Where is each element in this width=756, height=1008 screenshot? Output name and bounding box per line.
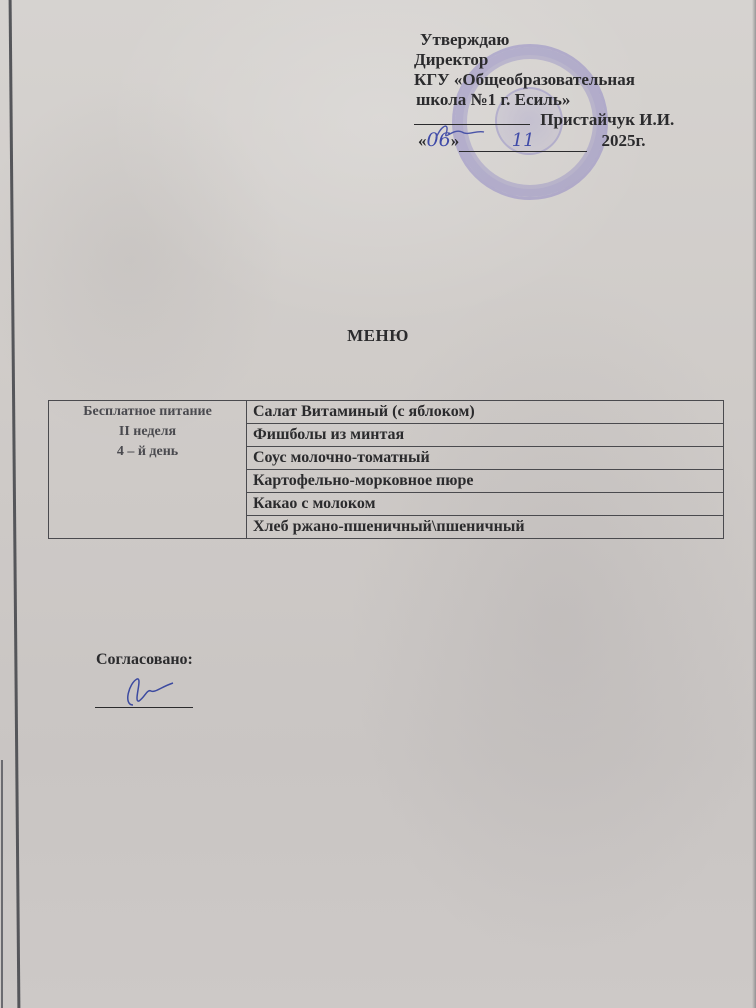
approval-position: Директор	[414, 50, 674, 70]
menu-day-info: Бесплатное питание II неделя 4 – й день	[49, 401, 247, 539]
approval-signature-line: Пристайчук И.И.	[414, 110, 674, 130]
approval-heading: Утверждаю	[414, 30, 674, 50]
folder-edge-line-secondary	[1, 760, 3, 1008]
menu-table: Бесплатное питание II неделя 4 – й день …	[48, 400, 724, 539]
dish-item: Какао с молоком	[247, 493, 724, 516]
date-year: 2025г.	[601, 131, 645, 150]
dish-item: Фишболы из минтая	[247, 424, 724, 447]
agreed-label: Согласовано:	[96, 651, 193, 669]
agreed-signature-line	[95, 683, 193, 708]
director-name: Пристайчук И.И.	[540, 110, 674, 129]
date-month: 11	[512, 130, 535, 151]
dish-item: Соус молочно-томатный	[247, 447, 724, 470]
director-signature	[414, 124, 530, 125]
folder-edge-line	[9, 0, 21, 1008]
dish-item: Хлеб ржано-пшеничный\пшеничный	[247, 516, 724, 539]
table-row: Бесплатное питание II неделя 4 – й день …	[49, 401, 724, 424]
day-label: 4 – й день	[55, 442, 240, 462]
dish-item: Салат Витаминый (с яблоком)	[247, 401, 724, 424]
agreed-signature-scribble-icon	[115, 675, 175, 707]
signature-scribble-icon	[432, 120, 492, 142]
program-label: Бесплатное питание	[55, 402, 240, 422]
week-label: II неделя	[55, 422, 240, 442]
approval-block: Утверждаю Директор КГУ «Общеобразователь…	[414, 30, 674, 152]
page-right-edge	[752, 0, 756, 1008]
approval-organization-cont: школа №1 г. Есиль»	[414, 90, 674, 110]
date-open-quote: «	[418, 131, 427, 150]
approval-organization: КГУ «Общеобразовательная	[414, 70, 674, 90]
dish-item: Картофельно-морковное пюре	[247, 470, 724, 493]
document-title: МЕНЮ	[0, 326, 756, 346]
